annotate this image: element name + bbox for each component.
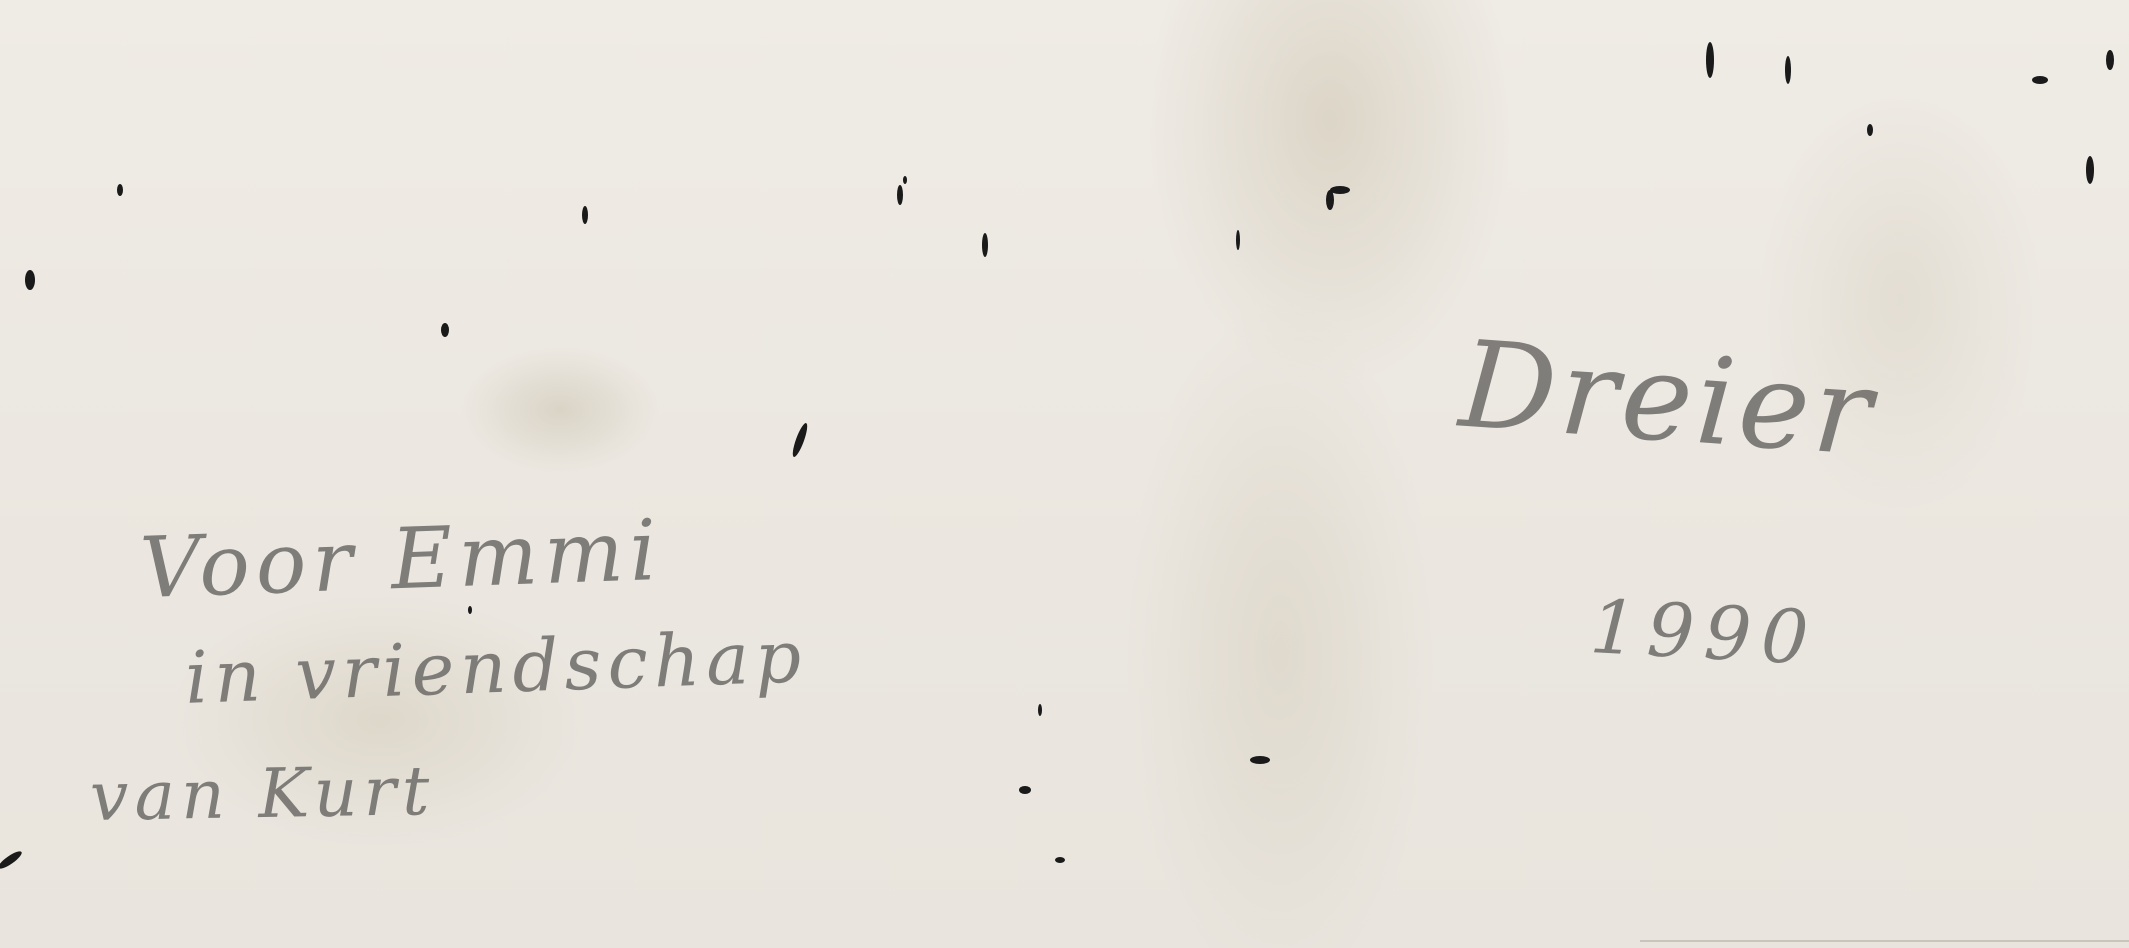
dedication-line-3: van Kurt [89, 752, 436, 837]
artist-signature: Dreier [1456, 316, 1880, 484]
paper-edge-line [1640, 940, 2129, 942]
signature-year: 1990 [1588, 584, 1821, 682]
dedication-line-1: Voor Emmi [138, 501, 664, 617]
